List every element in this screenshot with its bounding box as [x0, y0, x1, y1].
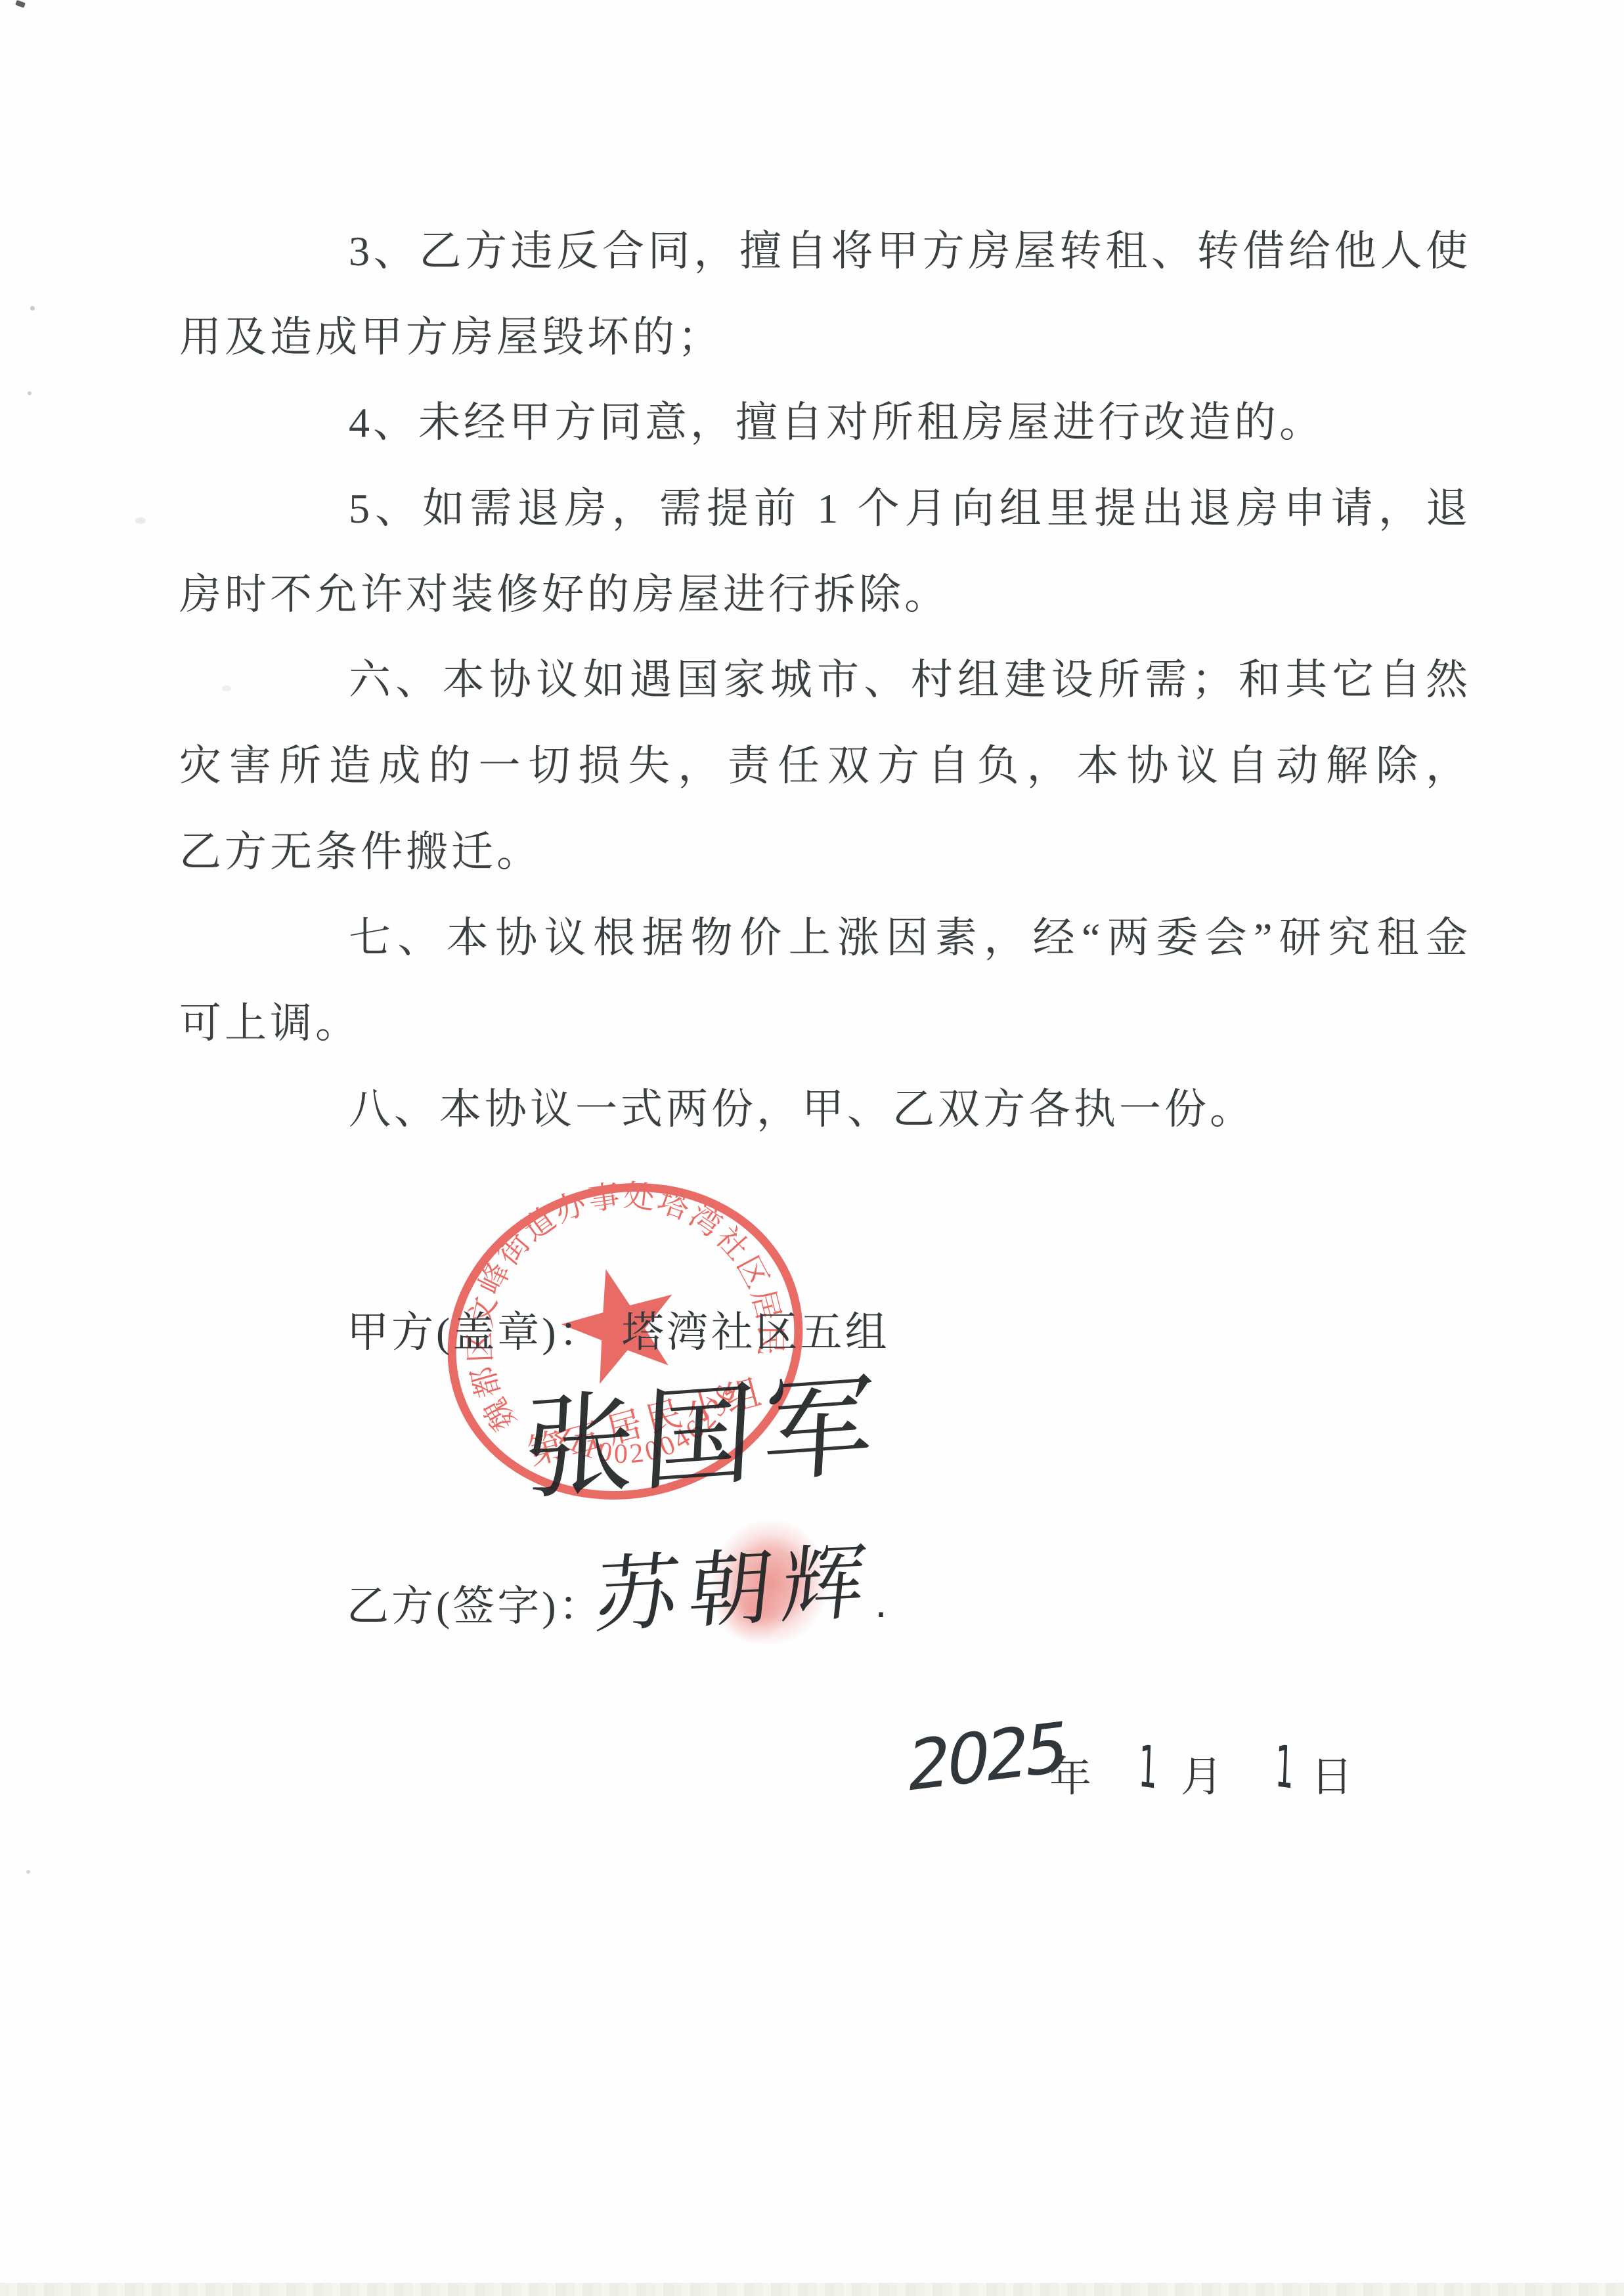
contract-line: 3、乙方违反合同，擅自将甲方房屋转租、转借给他人使	[179, 209, 1471, 295]
scan-corner-mark	[15, 0, 26, 8]
date-year-handwritten: 2025	[903, 1706, 1070, 1808]
scanned-contract-page: 3、乙方违反合同，擅自将甲方房屋转租、转借给他人使 用及造成甲方房屋毁坏的； 4…	[0, 0, 1624, 2296]
signature-ink-dot: .	[875, 1581, 887, 1627]
contract-line: 用及造成甲方房屋毁坏的；	[179, 295, 1471, 381]
contract-line: 六、本协议如遇国家城市、村组建设所需；和其它自然	[179, 638, 1471, 724]
contract-line: 可上调。	[179, 981, 1471, 1067]
scan-speck	[26, 1870, 30, 1874]
scan-speck	[30, 306, 35, 311]
party-a-label: 甲方(盖章)：	[347, 1309, 604, 1356]
contract-body: 3、乙方违反合同，擅自将甲方房屋转租、转借给他人使 用及造成甲方房屋毁坏的； 4…	[179, 209, 1471, 1153]
scan-speck	[135, 517, 146, 524]
date-month-handwritten: 1	[1137, 1732, 1158, 1802]
scan-edge-band	[0, 2283, 1624, 2296]
contract-line: 乙方无条件搬迁。	[179, 810, 1471, 896]
party-b-signature: 苏朝辉	[590, 1515, 883, 1650]
date-year-unit: 年	[1049, 1743, 1094, 1804]
contract-line: 八、本协议一式两份，甲、乙双方各执一份。	[179, 1067, 1471, 1153]
party-b-label: 乙方(签字)：	[347, 1583, 604, 1630]
party-b-line: 乙方(签字)：	[347, 1572, 604, 1633]
date-month-unit: 月	[1181, 1743, 1225, 1804]
contract-line: 灾害所造成的一切损失，责任双方自负，本协议自动解除，	[179, 724, 1471, 810]
date-day-unit: 日	[1311, 1743, 1355, 1804]
contract-line: 4、未经甲方同意，擅自对所租房屋进行改造的。	[179, 380, 1471, 466]
party-a-signature: 张国军	[520, 1334, 887, 1521]
contract-line: 七、本协议根据物价上涨因素，经“两委会”研究租金	[179, 896, 1471, 982]
contract-line: 5、如需退房，需提前 1 个月向组里提出退房申请，退	[179, 466, 1471, 552]
contract-line: 房时不允许对装修好的房屋进行拆除。	[179, 552, 1471, 638]
scan-speck	[28, 391, 32, 395]
date-day-handwritten: 1	[1274, 1732, 1295, 1802]
